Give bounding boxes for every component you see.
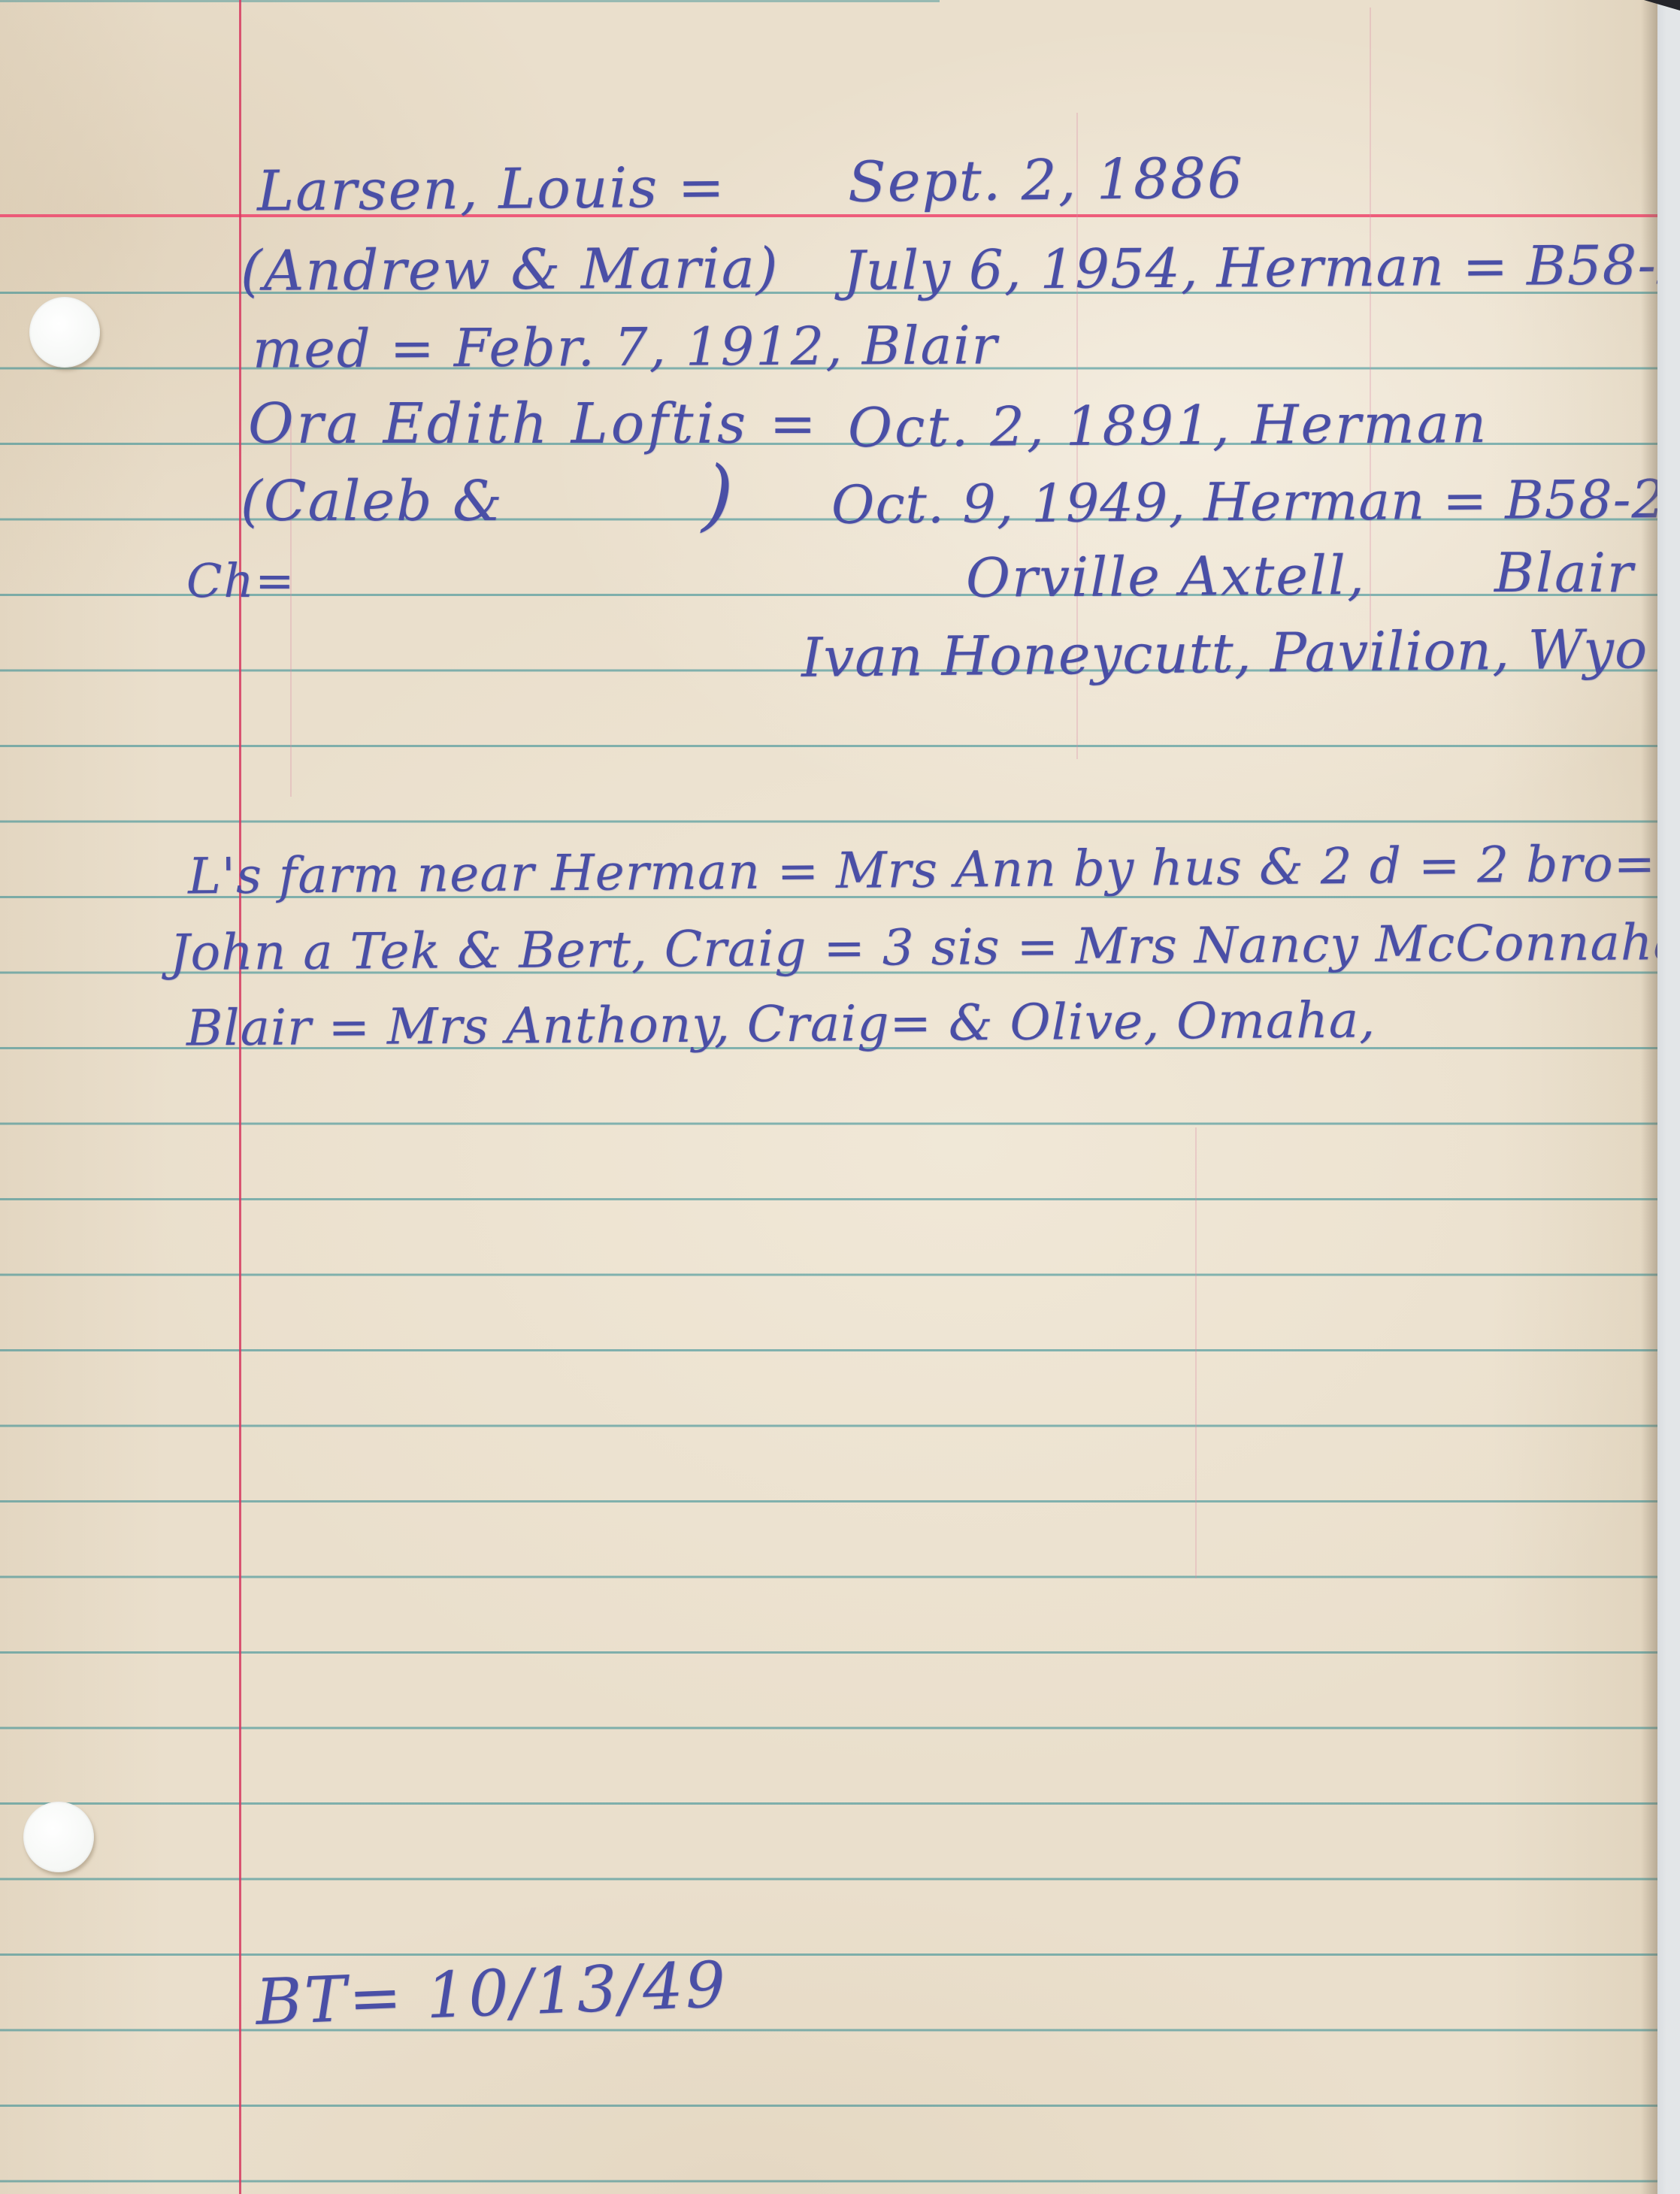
children-label: Ch=: [186, 558, 295, 604]
punch-hole-top: [29, 297, 100, 368]
entry-death-date: July 6, 1954, Herman = B58-2: [843, 238, 1680, 298]
note-line-3: Blair = Mrs Anthony, Craig= & Olive, Oma…: [186, 995, 1376, 1053]
paper-edge-shadow: [1641, 0, 1657, 2194]
note-line-2: John a Tek & Bert, Craig = 3 sis = Mrs N…: [170, 918, 1680, 978]
note-line-1: L's farm near Herman = Mrs Ann by hus & …: [188, 839, 1657, 901]
source-citation: BT= 10/13/49: [255, 1953, 729, 2034]
entry-marriage: med = Febr. 7, 1912, Blair: [253, 319, 998, 375]
header-rule-line: [0, 214, 1657, 217]
ruled-line-top-partial: [0, 0, 940, 2]
corner-notch: [1644, 0, 1680, 11]
spouse-parents: (Caleb &: [241, 474, 504, 529]
notebook-page: Larsen, Louis = Sept. 2, 1886 (Andrew & …: [0, 0, 1657, 2194]
child-orville-place: Blair: [1494, 546, 1634, 600]
spouse-birth-date: Oct. 2, 1891, Herman: [848, 396, 1489, 455]
spouse-death-date: Oct. 9, 1949, Herman = B58-2: [831, 473, 1666, 531]
bleedthrough-line: [1370, 8, 1371, 669]
scanner-background: [1657, 0, 1680, 2194]
entry-name: Larsen, Louis =: [257, 159, 726, 219]
child-ivan: Ivan Honeycutt, Pavilion, Wyo: [801, 622, 1648, 685]
spouse-parents-close-paren: ): [701, 455, 736, 534]
entry-birth-date: Sept. 2, 1886: [848, 150, 1245, 210]
entry-parents: (Andrew & Maria): [241, 241, 779, 299]
spouse-name: Ora Edith Loftis =: [248, 396, 819, 452]
punch-hole-bottom: [23, 1802, 94, 1872]
child-orville: Orville Axtell,: [966, 548, 1366, 605]
margin-line: [239, 0, 241, 2194]
bleedthrough-line: [1195, 1127, 1197, 1578]
